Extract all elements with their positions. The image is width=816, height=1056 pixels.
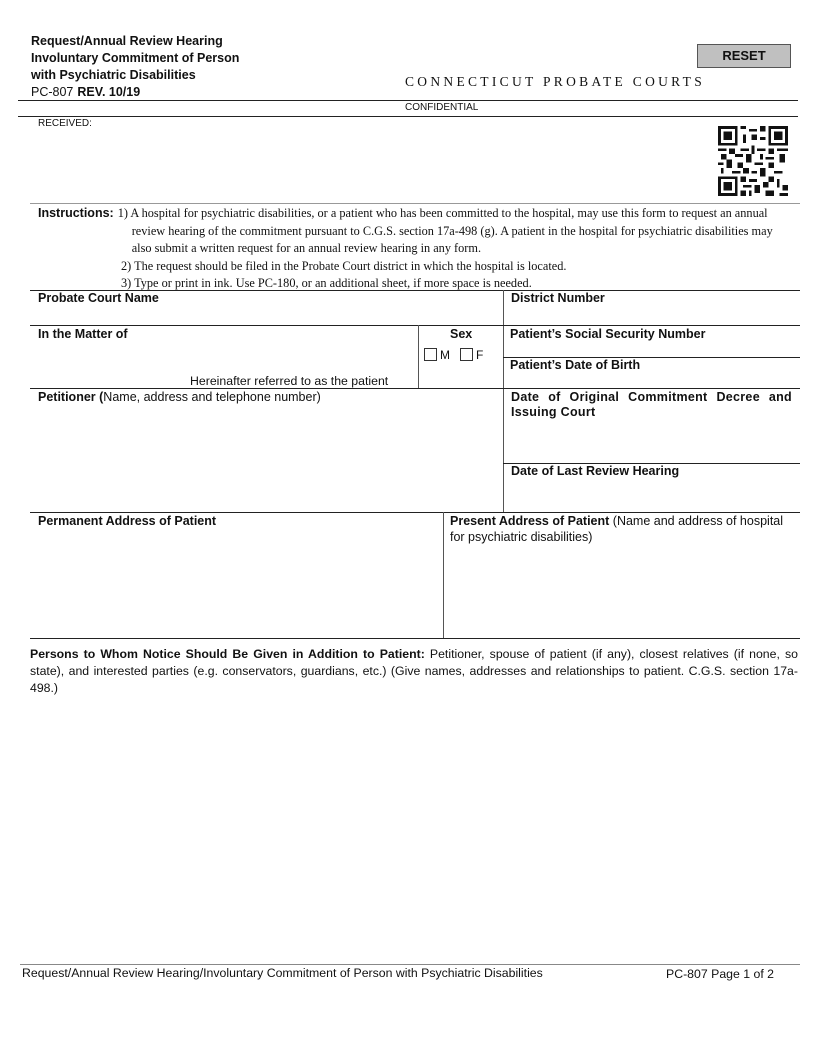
footer-form-title: Request/Annual Review Hearing/Involuntar…: [22, 966, 543, 980]
form-title-line-2: Involuntary Commitment of Person: [31, 50, 239, 67]
instructions-label: Instructions:: [38, 205, 114, 258]
last-review-label: Date of Last Review Hearing: [511, 464, 679, 478]
original-commitment-field[interactable]: [509, 422, 798, 464]
instruction-item-2: 2) The request should be filed in the Pr…: [38, 258, 798, 276]
grid-line: [503, 290, 504, 512]
confidential-label: CONFIDENTIAL: [405, 102, 478, 113]
probate-court-name-label: Probate Court Name: [38, 291, 159, 305]
form-title: Request/Annual Review Hearing Involuntar…: [31, 33, 239, 84]
grid-line: [418, 325, 419, 388]
form-title-line-1: Request/Annual Review Hearing: [31, 33, 239, 50]
dob-label: Patient’s Date of Birth: [510, 358, 640, 372]
last-review-field[interactable]: [509, 481, 798, 511]
present-address-label: Present Address of Patient (Name and add…: [450, 514, 790, 545]
dob-field[interactable]: [509, 373, 798, 389]
reset-button[interactable]: RESET: [697, 44, 791, 68]
petitioner-field[interactable]: [36, 406, 500, 510]
district-number-field[interactable]: [509, 306, 798, 325]
sex-female-label: F: [476, 348, 483, 362]
grid-line: [30, 325, 800, 326]
instructions-top-divider: [30, 203, 800, 204]
permanent-address-label: Permanent Address of Patient: [38, 514, 216, 528]
header-divider: [18, 100, 798, 101]
patient-referral-note: Hereinafter referred to as the patient: [190, 374, 388, 388]
notice-persons-field[interactable]: [28, 700, 802, 954]
instruction-item-1: 1) A hospital for psychiatric disabiliti…: [118, 205, 787, 258]
present-address-label-bold: Present Address of Patient: [450, 514, 609, 528]
footer-page-number: PC-807 Page 1 of 2: [666, 967, 774, 981]
petitioner-label-hint: Name, address and telephone number): [103, 390, 321, 404]
in-the-matter-of-label: In the Matter of: [38, 327, 128, 341]
instructions: Instructions: 1) A hospital for psychiat…: [38, 205, 798, 293]
petitioner-label-bold: Petitioner (: [38, 390, 103, 404]
court-name: CONNECTICUT PROBATE COURTS: [405, 74, 705, 90]
grid-line: [30, 638, 800, 639]
sex-female-checkbox[interactable]: [460, 348, 473, 361]
form-number: PC-807REV. 10/19: [31, 84, 140, 101]
grid-line: [443, 512, 444, 638]
form-revision: REV. 10/19: [77, 85, 140, 99]
grid-line: [30, 512, 800, 513]
sex-male-checkbox[interactable]: [424, 348, 437, 361]
district-number-label: District Number: [511, 291, 605, 305]
probate-court-name-field[interactable]: [36, 306, 500, 325]
petitioner-label: Petitioner (Name, address and telephone …: [38, 390, 321, 404]
form-title-line-3: with Psychiatric Disabilities: [31, 67, 239, 84]
form-id: PC-807: [31, 85, 73, 99]
sex-label: Sex: [450, 327, 472, 341]
original-commitment-label: Date of Original Commitment Decree and I…: [511, 390, 792, 420]
confidential-divider: [18, 116, 798, 117]
notice-section: Persons to Whom Notice Should Be Given i…: [30, 646, 798, 697]
present-address-field[interactable]: [448, 548, 797, 638]
ssn-label: Patient’s Social Security Number: [510, 327, 705, 341]
sex-male-label: M: [440, 348, 450, 362]
permanent-address-field[interactable]: [36, 531, 440, 637]
ssn-field[interactable]: [509, 342, 798, 358]
notice-label: Persons to Whom Notice Should Be Given i…: [30, 647, 425, 661]
in-the-matter-of-field[interactable]: [36, 343, 415, 373]
qr-code-icon: [715, 126, 791, 196]
footer-divider: [20, 964, 800, 965]
received-label: RECEIVED:: [38, 118, 92, 129]
